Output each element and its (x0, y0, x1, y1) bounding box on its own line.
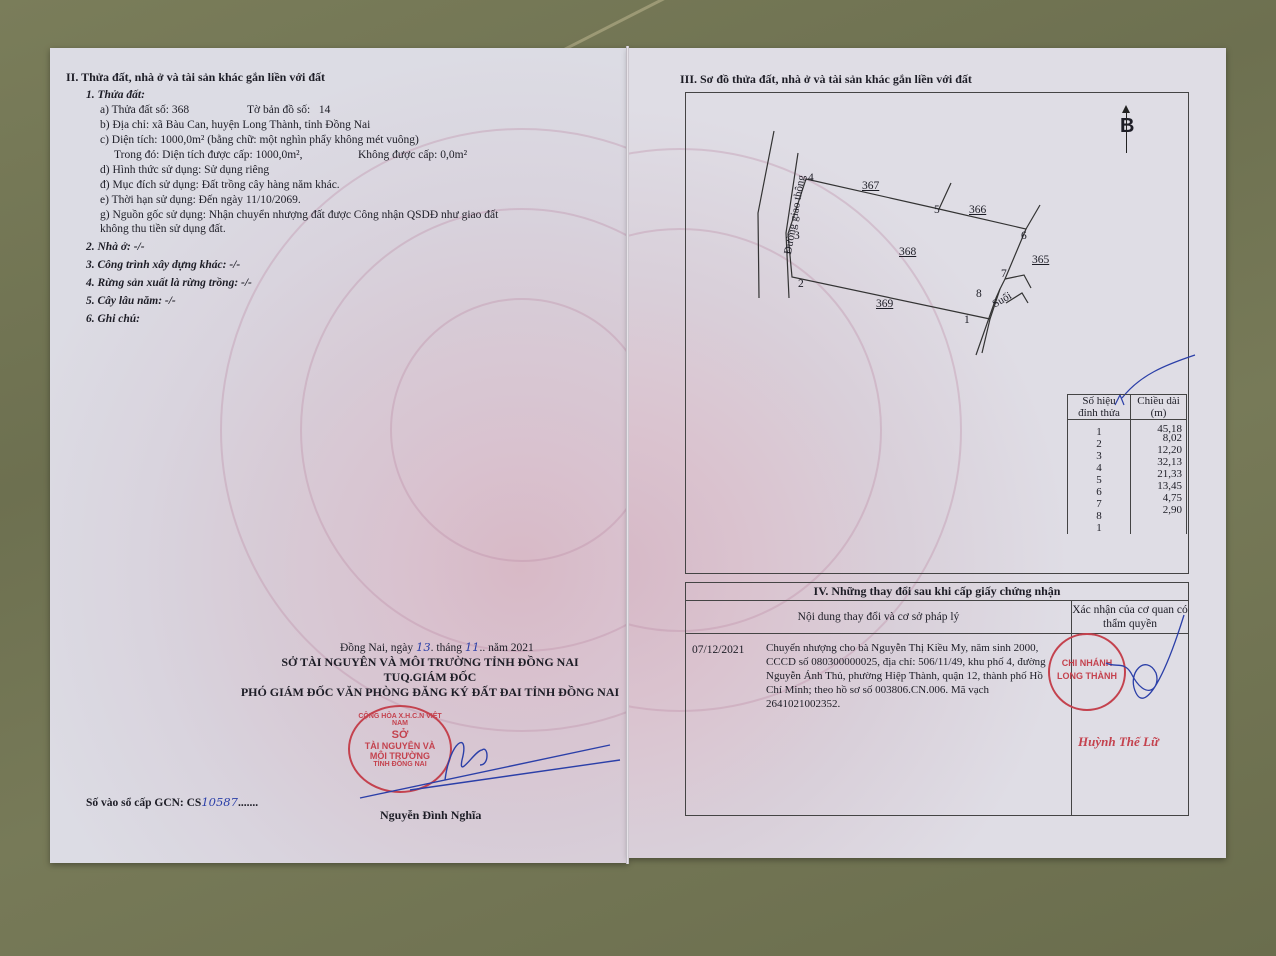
issue-day: 13 (416, 640, 431, 654)
change-entry-content: Chuyển nhượng cho bà Nguyễn Thị Kiều My,… (766, 641, 1046, 711)
parcel-label-365: 365 (1032, 253, 1049, 267)
item-perennial-trees: 5. Cây lâu năm: -/- (86, 294, 176, 308)
use-term: e) Thời hạn sử dụng: Đến ngày 11/10/2069… (100, 193, 301, 207)
register-number-label: Số vào sổ cấp GCN: CS10587....... (86, 795, 258, 810)
vertex-cell: 1 (1068, 420, 1131, 439)
vertex-8: 8 (976, 287, 982, 301)
origin-line-1: g) Nguồn gốc sử dụng: Nhận chuyển nhượng… (100, 208, 498, 222)
header-change-content: Nội dung thay đổi và cơ sở pháp lý (686, 610, 1071, 624)
header-length: Chiều dài (m) (1131, 395, 1187, 420)
parcel-label-366: 366 (969, 203, 986, 217)
confirm-signature (1086, 613, 1186, 723)
length-cell: 32,13 (1131, 456, 1187, 468)
change-entry-line: Nguyễn Ánh Thủ, phường Hiệp Thành, quận … (766, 669, 1046, 683)
length-cell: 12,20 (1131, 444, 1187, 456)
address: b) Địa chỉ: xã Bàu Can, huyện Long Thành… (100, 118, 370, 132)
edge-length-table: Số hiệu đỉnh thửa Chiều dài (m) 145,1828… (1067, 394, 1187, 534)
area-granted: Trong đó: Diện tích được cấp: 1000,0m², (114, 148, 302, 162)
signer-name: Nguyễn Đình Nghĩa (380, 808, 481, 822)
parcel-label-368: 368 (899, 245, 916, 259)
vertex-cell: 6 (1068, 486, 1131, 498)
length-cell: 13,45 (1131, 480, 1187, 492)
on-behalf-of-director: TUQ.GIÁM ĐỐC (230, 670, 630, 684)
length-cell (1131, 516, 1187, 528)
vertex-cell: 4 (1068, 462, 1131, 474)
vertex-4: 4 (808, 171, 814, 185)
table-row: 1 (1068, 522, 1187, 534)
vertex-cell: 2 (1068, 438, 1131, 450)
vertex-7: 7 (1001, 267, 1007, 281)
vertex-cell: 8 (1068, 510, 1131, 522)
vertex-5: 5 (934, 203, 940, 217)
change-entry-line: CCCD số 080300000025, địa chỉ: 506/11/49… (766, 655, 1046, 669)
section-iii-title: III. Sơ đồ thửa đất, nhà ở và tài sản kh… (680, 72, 972, 86)
map-sheet-number: 14 (319, 104, 331, 116)
change-entry-line: Chí Minh; theo hồ sơ số 003806.CN.006. M… (766, 683, 1046, 697)
vertex-cell: 3 (1068, 450, 1131, 462)
parcel-label-369: 369 (876, 297, 893, 311)
vertex-cell: 7 (1068, 498, 1131, 510)
changes-title: IV. Những thay đổi sau khi cấp giấy chứn… (686, 583, 1188, 601)
vertex-1: 1 (964, 313, 970, 327)
parcel-number-label: a) Thửa đất số: 368 (100, 103, 189, 117)
use-purpose: đ) Mục đích sử dụng: Đất trồng cây hàng … (100, 178, 340, 192)
change-entry-line: Chuyển nhượng cho bà Nguyễn Thị Kiều My,… (766, 641, 1046, 655)
vertex-3: 3 (794, 229, 800, 243)
vertex-6: 6 (1021, 229, 1027, 243)
item-notes: 6. Ghi chú: (86, 312, 140, 326)
signer-title: PHÓ GIÁM ĐỐC VĂN PHÒNG ĐĂNG KÝ ĐẤT ĐAI T… (205, 685, 655, 699)
header-vertex: Số hiệu đỉnh thửa (1068, 395, 1131, 420)
change-entry-line: 2641021002352. (766, 697, 1046, 711)
item-other-construction: 3. Công trình xây dựng khác: -/- (86, 258, 240, 272)
issue-date: Đồng Nai, ngày 13. tháng 11.. năm 2021 (340, 640, 534, 655)
length-cell: 2,90 (1131, 504, 1187, 516)
issue-month: 11 (465, 640, 480, 654)
area: c) Diện tích: 1000,0m² (bằng chữ: một ng… (100, 133, 419, 147)
change-entry-date: 07/12/2021 (692, 643, 744, 657)
parcel-label-367: 367 (862, 179, 879, 193)
register-number: 10587 (201, 795, 238, 809)
table-surface-streak (560, 0, 882, 53)
length-cell: 8,02 (1131, 432, 1187, 444)
section-ii-title: II. Thửa đất, nhà ở và tài sản khác gắn … (66, 70, 325, 84)
origin-line-2: không thu tiền sử dụng đất. (100, 222, 226, 236)
director-signature (350, 720, 630, 810)
confirm-signer-name: Huỳnh Thế Lữ (1078, 735, 1159, 749)
parcel-number: 368 (172, 104, 189, 116)
length-cell: 4,75 (1131, 492, 1187, 504)
area-not-granted: Không được cấp: 0,0m² (358, 148, 467, 162)
edge-length-rows: 145,1828,02312,20432,13521,33613,4574,75… (1068, 420, 1187, 535)
changes-table: IV. Những thay đổi sau khi cấp giấy chứn… (685, 582, 1189, 816)
vertex-cell: 1 (1068, 522, 1131, 534)
length-cell: 21,33 (1131, 468, 1187, 480)
item-planted-forest: 4. Rừng sản xuất là rừng trồng: -/- (86, 276, 252, 290)
use-form: d) Hình thức sử dụng: Sử dụng riêng (100, 163, 269, 177)
item-house: 2. Nhà ở: -/- (86, 240, 145, 254)
vertex-cell: 5 (1068, 474, 1131, 486)
map-sheet-label: Tờ bản đồ số: 14 (247, 103, 330, 117)
land-heading: 1. Thửa đất: (86, 88, 145, 102)
issuing-agency: SỞ TÀI NGUYÊN VÀ MÔI TRƯỜNG TỈNH ĐỒNG NA… (230, 655, 630, 669)
vertex-2: 2 (798, 277, 804, 291)
